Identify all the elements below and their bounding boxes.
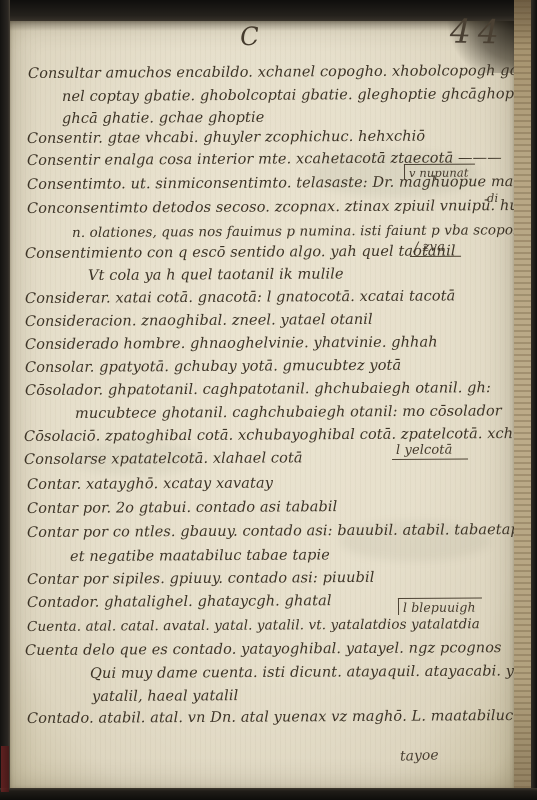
manuscript-line: Contar. xatayghō. xcatay xavatay	[27, 475, 273, 493]
marginal-note: v nupunat	[404, 164, 475, 180]
manuscript-line: ghcā ghatie. gchae ghoptie	[62, 110, 264, 127]
manuscript-line: Consentir. gtae vhcabi. ghuyler zcophich…	[27, 129, 425, 147]
marginal-note: / zva	[410, 240, 461, 257]
manuscript-line: et negatibe maatabiluc tabae tapie	[70, 547, 330, 565]
red-dyed-edge	[1, 746, 9, 792]
manuscript-line: mucubtece ghotanil. caghchubaiegh otanil…	[75, 403, 502, 422]
binding-edge-right	[531, 0, 537, 800]
catchword: tayoe	[400, 747, 439, 764]
manuscript-line: Qui muy dame cuenta. isti dicunt. atayaq…	[90, 663, 537, 682]
marginal-note: l blepuuigh	[398, 597, 482, 615]
manuscript-line: nel coptay gbatie. ghobolcoptai gbatie. …	[62, 86, 525, 105]
folio-number: 44	[450, 12, 507, 52]
manuscript-line: Consentimiento con q escō sentido algo. …	[25, 243, 456, 262]
manuscript-line: Cōsolador. ghpatotanil. caghpatotanil. g…	[25, 380, 491, 399]
manuscript-line: Contar por co ntles. gbauuy. contado asi…	[27, 522, 533, 541]
manuscript-scan: C 44 Consultar amuchos encabildo. xchane…	[0, 0, 537, 800]
manuscript-line: Consideracion. znaoghibal. zneel. yatael…	[25, 312, 373, 330]
manuscript-line: Considerar. xatai cotā. gnacotā: l gnato…	[25, 288, 455, 307]
manuscript-line: Cuenta. atal. catal. avatal. yatal. yata…	[27, 616, 480, 635]
manuscript-line: Consolarse xpatatelcotā. xlahael cotā	[24, 450, 303, 468]
manuscript-line: Contar por sipiles. gpiuuy. contado asi:…	[27, 570, 375, 588]
manuscript-line: Contar por. 2o gtabui. contado asi tabab…	[27, 499, 337, 517]
manuscript-line: n. olationes, quas nos fauimus p numina.…	[72, 222, 522, 241]
manuscript-line: Cuenta delo que es contado. yatayoghibal…	[25, 640, 502, 659]
manuscript-line: Vt cola ya h quel taotanil ik mulile	[88, 266, 344, 284]
binding-edge-left	[0, 0, 10, 800]
binding-edge-bottom	[0, 788, 537, 800]
manuscript-line: Contado. atabil. atal. vn Dn. atal yuena…	[27, 708, 513, 727]
manuscript-line: Consultar amuchos encabildo. xchanel cop…	[28, 63, 537, 82]
marginal-note: l yelcotā	[392, 443, 469, 460]
manuscript-line: Contador. ghatalighel. ghataycgh. ghatal	[27, 593, 332, 611]
manuscript-line: Considerado hombre. ghnaoghelvinie. yhat…	[25, 334, 438, 353]
marginal-note: di	[487, 191, 498, 205]
book-page-edges	[514, 0, 531, 800]
manuscript-line: Conconsentimto detodos secoso. zcopnax. …	[27, 198, 537, 217]
manuscript-line: yatalil, haeal yatalil	[92, 688, 238, 705]
manuscript-line: Consolar. gpatyotā. gchubay yotā. gmucub…	[25, 358, 401, 376]
section-letter: C	[239, 21, 260, 51]
